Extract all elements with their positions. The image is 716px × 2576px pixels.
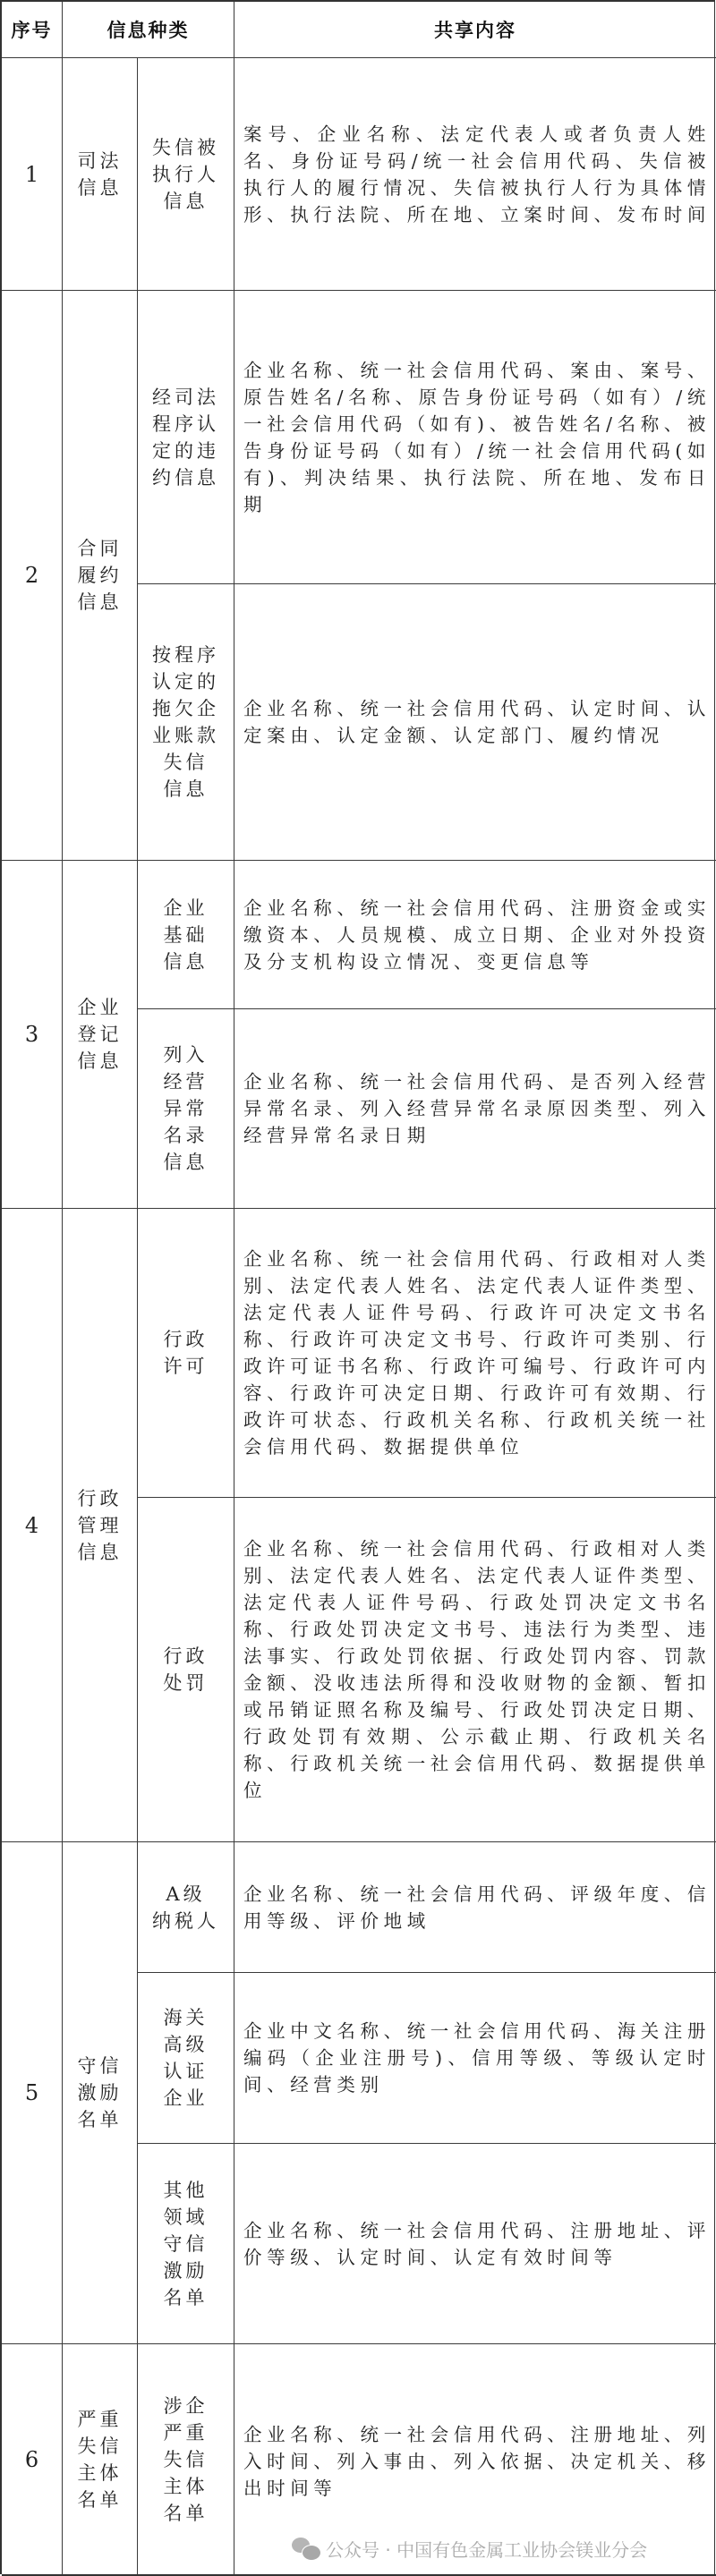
content-text: 企业名称、统一社会信用代码、注册资金或实缴资本、人员规模、成立日期、企业对外投资… [243, 895, 711, 975]
category-line: 信息 [78, 174, 123, 201]
row-subcategory: 企业基础信息 [138, 861, 234, 1009]
row-category: 合同履约信息 [63, 291, 138, 861]
subcategory-line: 列入 [164, 1041, 209, 1068]
row-subcategory: A级纳税人 [138, 1842, 234, 1973]
subcategory-line: 海关 [164, 2004, 209, 2031]
category-line: 信息 [78, 589, 123, 616]
row-content: 企业名称、统一社会信用代码、行政相对人类别、法定代表人姓名、法定代表人证件类型、… [234, 1209, 716, 1498]
row-subcategory: 失信被执行人信息 [138, 58, 234, 291]
row-category: 守信激励名单 [63, 1842, 138, 2344]
row-subcategory: 涉企严重失信主体名单 [138, 2344, 234, 2576]
category-line: 失信 [78, 2433, 123, 2460]
category-line: 履约 [78, 562, 123, 589]
row-subcategory: 列入经营异常名录信息 [138, 1009, 234, 1209]
subcategory-line: 企业 [164, 2085, 209, 2112]
subcategory-line: 企业 [164, 895, 209, 922]
subcategory-line: 主体 [164, 2473, 209, 2500]
subcategory-line: A级 [152, 1881, 219, 1908]
content-text: 企业名称、统一社会信用代码、行政相对人类别、法定代表人姓名、法定代表人证件类型、… [243, 1535, 711, 1804]
category-line: 行政 [78, 1485, 123, 1512]
row-content: 案号、企业名称、法定代表人或者负责人姓名、身份证号码/统一社会信用代码、失信被执… [234, 58, 716, 291]
category-line: 名单 [78, 2487, 123, 2513]
subcategory-line: 失信被 [152, 134, 219, 161]
category-line: 管理 [78, 1512, 123, 1539]
subcategory-line: 执行人 [152, 161, 219, 188]
row-content: 企业名称、统一社会信用代码、认定时间、认定案由、认定金额、认定部门、履约情况 [234, 584, 716, 861]
category-line: 守信 [78, 2053, 123, 2079]
row-subcategory: 海关高级认证企业 [138, 1973, 234, 2144]
subcategory-line: 领域 [164, 2204, 209, 2231]
row-subcategory: 按程序认定的拖欠企业账款失信信息 [138, 584, 234, 861]
row-subcategory: 其他领域守信激励名单 [138, 2144, 234, 2344]
content-text: 企业名称、统一社会信用代码、认定时间、认定案由、认定金额、认定部门、履约情况 [243, 695, 711, 749]
content-text: 企业名称、统一社会信用代码、注册地址、评价等级、认定时间、认定有效时间等 [243, 2217, 711, 2271]
row-index: 3 [2, 861, 63, 1209]
category-line: 登记 [78, 1021, 123, 1048]
category-line: 信息 [78, 1048, 123, 1075]
subcategory-line: 信息 [152, 776, 219, 803]
subcategory-line: 其他 [164, 2177, 209, 2204]
subcategory-line: 高级 [164, 2031, 209, 2058]
content-text: 案号、企业名称、法定代表人或者负责人姓名、身份证号码/统一社会信用代码、失信被执… [243, 121, 711, 228]
subcategory-line: 激励 [164, 2257, 209, 2284]
subcategory-line: 行政 [164, 1643, 209, 1670]
row-subcategory: 行政许可 [138, 1209, 234, 1498]
category-line: 合同 [78, 535, 123, 562]
subcategory-line: 基础 [164, 922, 209, 948]
category-line: 企业 [78, 994, 123, 1021]
watermark-text: 公众号 · 中国有色金属工业协会镁业分会 [326, 2536, 647, 2562]
subcategory-line: 信息 [152, 188, 219, 215]
subcategory-line: 守信 [164, 2231, 209, 2257]
subcategory-line: 按程序 [152, 642, 219, 668]
row-subcategory: 行政处罚 [138, 1498, 234, 1842]
subcategory-line: 行政 [164, 1326, 209, 1353]
content-text: 企业名称、统一社会信用代码、注册地址、列入时间、列入事由、列入依据、决定机关、移… [243, 2421, 711, 2502]
subcategory-line: 经营 [164, 1068, 209, 1095]
subcategory-line: 异常 [164, 1095, 209, 1122]
subcategory-line: 失信 [164, 2446, 209, 2473]
category-line: 司法 [78, 148, 123, 174]
category-line: 信息 [78, 1539, 123, 1566]
row-index: 5 [2, 1842, 63, 2344]
category-line: 激励 [78, 2079, 123, 2106]
header-category: 信息种类 [63, 2, 234, 58]
row-subcategory: 经司法程序认定的违约信息 [138, 291, 234, 584]
row-content: 企业名称、统一社会信用代码、是否列入经营异常名录、列入经营异常名录原因类型、列入… [234, 1009, 716, 1209]
subcategory-line: 信息 [164, 1149, 209, 1176]
row-index: 6 [2, 2344, 63, 2576]
subcategory-line: 名单 [164, 2500, 209, 2527]
content-text: 企业名称、统一社会信用代码、行政相对人类别、法定代表人姓名、法定代表人证件类型、… [243, 1245, 711, 1460]
row-content: 企业名称、统一社会信用代码、评级年度、信用等级、评价地域 [234, 1842, 716, 1973]
subcategory-line: 认证 [164, 2058, 209, 2085]
subcategory-line: 纳税人 [152, 1908, 219, 1934]
category-line: 主体 [78, 2460, 123, 2487]
row-category: 严重失信主体名单 [63, 2344, 138, 2576]
subcategory-line: 涉企 [164, 2393, 209, 2419]
content-text: 企业中文名称、统一社会信用代码、海关注册编码（企业注册号)、信用等级、等级认定时… [243, 2018, 711, 2098]
subcategory-line: 名单 [164, 2284, 209, 2311]
subcategory-line: 程序认 [152, 411, 219, 438]
row-content: 企业名称、统一社会信用代码、注册资金或实缴资本、人员规模、成立日期、企业对外投资… [234, 861, 716, 1009]
row-index: 1 [2, 58, 63, 291]
category-line: 严重 [78, 2406, 123, 2433]
content-text: 企业名称、统一社会信用代码、案由、案号、原告姓名/名称、原告身份证号码（如有）/… [243, 357, 711, 518]
subcategory-line: 信息 [164, 948, 209, 975]
subcategory-line: 业账款 [152, 722, 219, 749]
row-category: 行政管理信息 [63, 1209, 138, 1842]
row-index: 4 [2, 1209, 63, 1842]
subcategory-line: 失信 [152, 749, 219, 776]
subcategory-line: 处罚 [164, 1670, 209, 1696]
subcategory-line: 定的违 [152, 438, 219, 464]
subcategory-line: 经司法 [152, 384, 219, 411]
row-index: 2 [2, 291, 63, 861]
wechat-icon [292, 2536, 320, 2561]
content-text: 企业名称、统一社会信用代码、是否列入经营异常名录、列入经营异常名录原因类型、列入… [243, 1068, 711, 1149]
row-content: 企业名称、统一社会信用代码、案由、案号、原告姓名/名称、原告身份证号码（如有）/… [234, 291, 716, 584]
subcategory-line: 许可 [164, 1353, 209, 1380]
header-index: 序号 [2, 2, 63, 58]
row-content: 企业名称、统一社会信用代码、注册地址、评价等级、认定时间、认定有效时间等 [234, 2144, 716, 2344]
shared-info-table: 序号 信息种类 共享内容 1 司法信息 失信被执行人信息 案号、企业名称、法定代… [0, 0, 715, 2574]
subcategory-line: 认定的 [152, 668, 219, 695]
row-category: 企业登记信息 [63, 861, 138, 1209]
subcategory-line: 严重 [164, 2419, 209, 2446]
content-text: 企业名称、统一社会信用代码、评级年度、信用等级、评价地域 [243, 1881, 711, 1934]
watermark: 公众号 · 中国有色金属工业协会镁业分会 [292, 2534, 647, 2563]
row-category: 司法信息 [63, 58, 138, 291]
category-line: 名单 [78, 2106, 123, 2133]
row-content: 企业中文名称、统一社会信用代码、海关注册编码（企业注册号)、信用等级、等级认定时… [234, 1973, 716, 2144]
subcategory-line: 拖欠企 [152, 695, 219, 722]
subcategory-line: 约信息 [152, 464, 219, 491]
header-content: 共享内容 [234, 2, 716, 58]
row-content: 企业名称、统一社会信用代码、行政相对人类别、法定代表人姓名、法定代表人证件类型、… [234, 1498, 716, 1842]
subcategory-line: 名录 [164, 1122, 209, 1149]
